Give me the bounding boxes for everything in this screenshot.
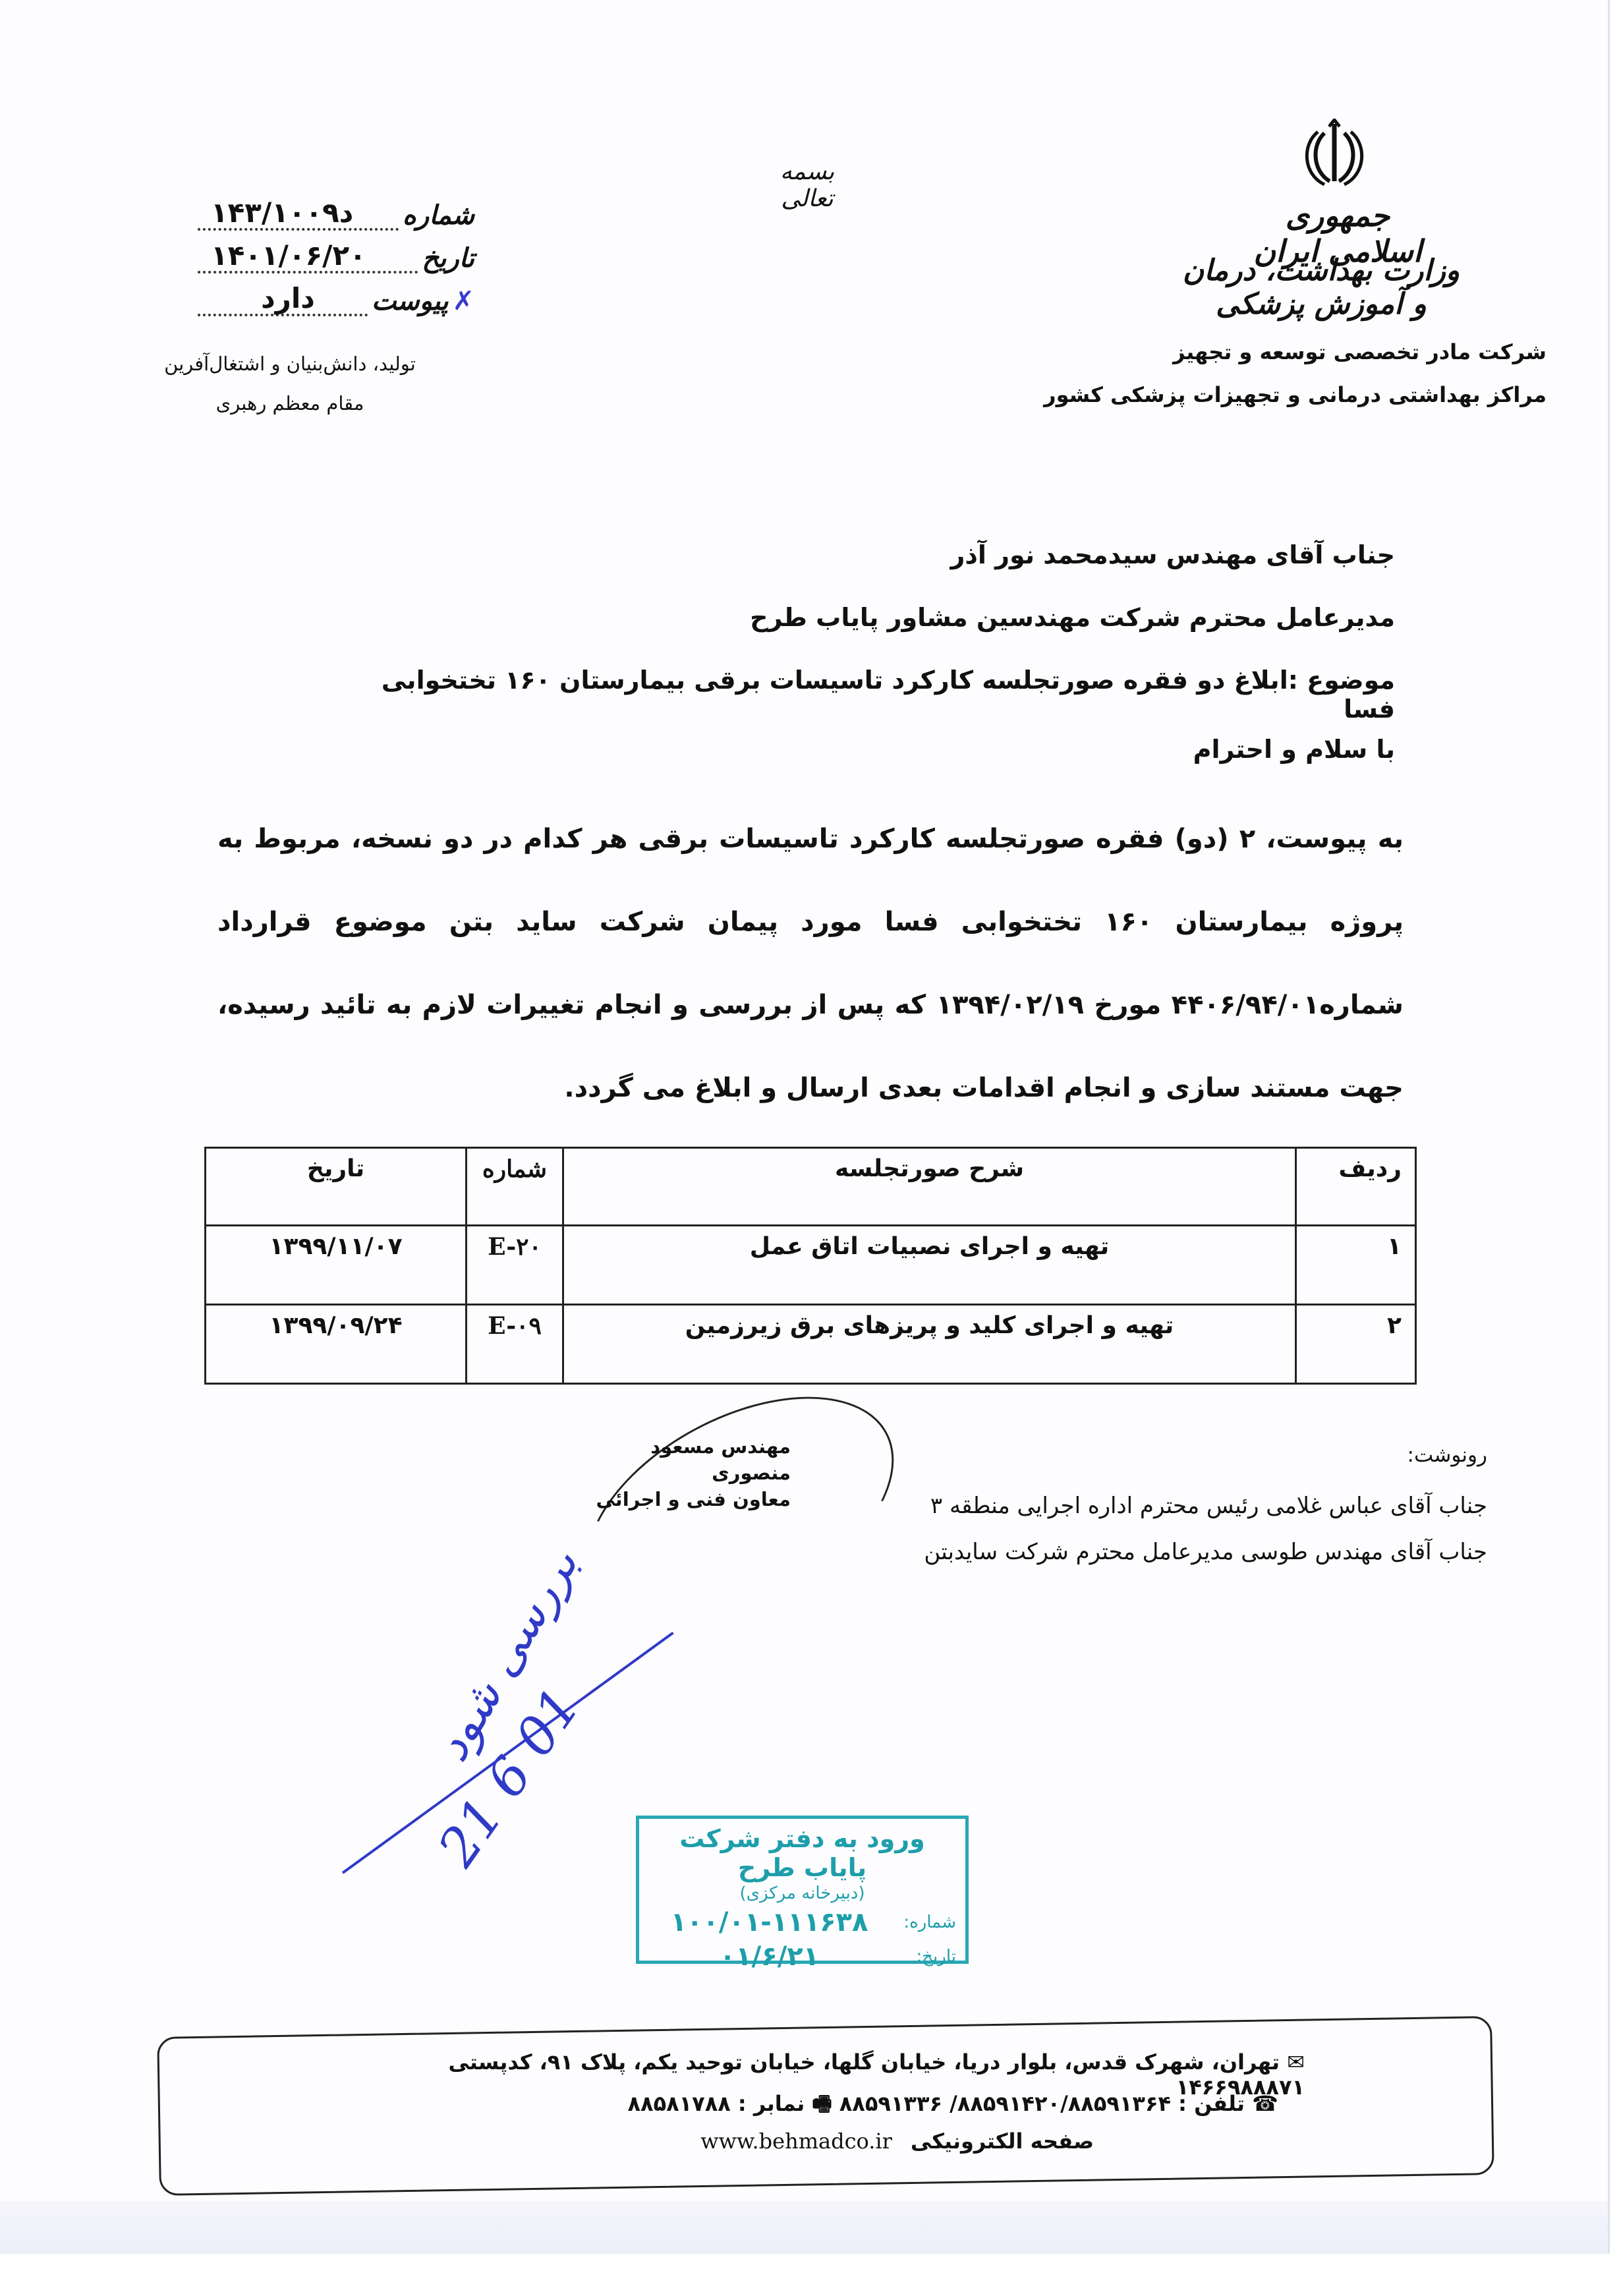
envelope-icon: ✉ — [1287, 2050, 1305, 2075]
letter-number-label: شماره — [399, 200, 474, 231]
stamp-date-row: تاریخ: ۰۱/۶/۲۱ — [648, 1941, 956, 1972]
invocation: بسمه تعالی — [751, 158, 863, 212]
scan-shadow — [0, 2201, 1608, 2254]
recipient-name: جناب آقای مهندس سیدمحمد نور آذر — [341, 540, 1395, 569]
letter-attachment-label: پیوست — [368, 285, 449, 316]
receipt-stamp: ورود به دفتر شرکت پایاب طرح (دبیرخانه مر… — [636, 1816, 969, 1964]
cc-recipient: جناب آقای مهندس طوسی مدیرعامل محترم شرکت… — [828, 1539, 1487, 1565]
stamp-number-label: شماره: — [890, 1912, 956, 1932]
letter-date-label: تاریخ — [418, 243, 474, 273]
ministry-name: وزارت بهداشت، درمان و آموزش پزشکی — [1179, 254, 1463, 321]
row-date: ۱۳۹۹/۰۹/۲۴ — [206, 1305, 467, 1384]
recipient-title: مدیرعامل محترم شرکت مهندسین مشاور پایاب … — [341, 603, 1395, 632]
attachment-check-mark: ✗ — [452, 286, 474, 316]
letter-attachment-value: دارد — [198, 283, 368, 316]
row-number: E-۰۹ — [467, 1305, 563, 1384]
phone-label: تلفن : — [1178, 2091, 1245, 2116]
website-label: صفحه الکترونیکی — [911, 2129, 1094, 2154]
website-link[interactable]: www.behmadco.ir — [700, 2129, 892, 2154]
row-number: E-۲۰ — [467, 1226, 563, 1305]
fax-icon: 🖷 — [812, 2091, 832, 2116]
stamp-number-row: شماره: ۱۰۰/۰۱-۱۱۱۶۳۸ — [648, 1907, 956, 1937]
cc-recipient: جناب آقای عباس غلامی رئیس محترم اداره اج… — [828, 1493, 1487, 1519]
stamp-date-label: تاریخ: — [890, 1947, 956, 1966]
letter-subject: موضوع :ابلاغ دو فقره صورتجلسه کارکرد تاس… — [341, 666, 1395, 724]
table-header-row: ردیف شرح صورتجلسه شماره تاریخ — [206, 1148, 1416, 1226]
row-index: ۲ — [1296, 1305, 1416, 1384]
iran-emblem-icon — [1298, 119, 1371, 191]
letter-date-value: ۱۴۰۱/۰۶/۲۰ — [198, 241, 418, 273]
header-number: شماره — [467, 1148, 563, 1226]
signature-block: مهندس مسعود منصوری معاون فنی و اجرائی — [580, 1433, 791, 1512]
header-index: ردیف — [1296, 1148, 1416, 1226]
company-name-line1: شرکت مادر تخصصی توسعه و تجهیز — [953, 339, 1547, 364]
minutes-table: ردیف شرح صورتجلسه شماره تاریخ ۱ تهیه و ا… — [204, 1147, 1417, 1385]
fax-label: نمابر : — [738, 2091, 805, 2116]
footer-phone-row: ☎ تلفن : ۸۸۵۹۱۴۲۰/۸۸۵۹۱۳۶۴/ ۸۸۵۹۱۳۳۶ 🖷 ن… — [369, 2089, 1278, 2125]
body-paragraph: به پیوست، ۲ (دو) فقره صورتجلسه کارکرد تا… — [217, 797, 1404, 1130]
table-row: ۲ تهیه و اجرای کلید و پریزهای برق زیرزمی… — [206, 1305, 1416, 1384]
header-date: تاریخ — [206, 1148, 467, 1226]
phone-value: ۸۸۵۹۱۴۲۰/۸۸۵۹۱۳۶۴/ ۸۸۵۹۱۳۳۶ — [839, 2091, 1171, 2116]
letter-date-row: تاریخ ۱۴۰۱/۰۶/۲۰ — [198, 227, 474, 273]
slogan-attribution: مقام معظم رهبری — [152, 392, 428, 415]
row-date: ۱۳۹۹/۱۱/۰۷ — [206, 1226, 467, 1305]
phone-icon: ☎ — [1252, 2091, 1278, 2116]
stamp-date-value: ۰۱/۶/۲۱ — [648, 1941, 890, 1972]
slogan-line: تولید، دانش‌بنیان و اشتغال‌آفرین — [152, 353, 428, 375]
greeting: با سلام و احترام — [341, 735, 1395, 764]
table-row: ۱ تهیه و اجرای نصبیات اتاق عمل E-۲۰ ۱۳۹۹… — [206, 1226, 1416, 1305]
letter-number-value: ۱۴۳/۱۰۰۹د — [198, 198, 399, 231]
row-description: تهیه و اجرای نصبیات اتاق عمل — [563, 1226, 1295, 1305]
row-description: تهیه و اجرای کلید و پریزهای برق زیرزمین — [563, 1305, 1295, 1384]
fax-value: ۸۸۵۸۱۷۸۸ — [628, 2091, 731, 2116]
signatory-name: مهندس مسعود منصوری — [580, 1433, 791, 1486]
header-description: شرح صورتجلسه — [563, 1148, 1295, 1226]
stamp-title: ورود به دفتر شرکت پایاب طرح — [648, 1824, 956, 1882]
stamp-number-value: ۱۰۰/۰۱-۱۱۱۶۳۸ — [648, 1907, 890, 1937]
company-name-line2: مراکز بهداشتی درمانی و تجهیزات پزشکی کشو… — [953, 382, 1547, 407]
footer-website-row: صفحه الکترونیکی www.behmadco.ir — [619, 2129, 1094, 2154]
row-index: ۱ — [1296, 1226, 1416, 1305]
stamp-subtitle: (دبیرخانه مرکزی) — [648, 1883, 956, 1903]
signatory-title: معاون فنی و اجرائی — [580, 1486, 791, 1512]
letter-attachment-row: ✗ پیوست دارد — [198, 270, 474, 316]
cc-label: رونوشت: — [1407, 1443, 1487, 1467]
letter-number-row: شماره ۱۴۳/۱۰۰۹د — [198, 185, 474, 231]
